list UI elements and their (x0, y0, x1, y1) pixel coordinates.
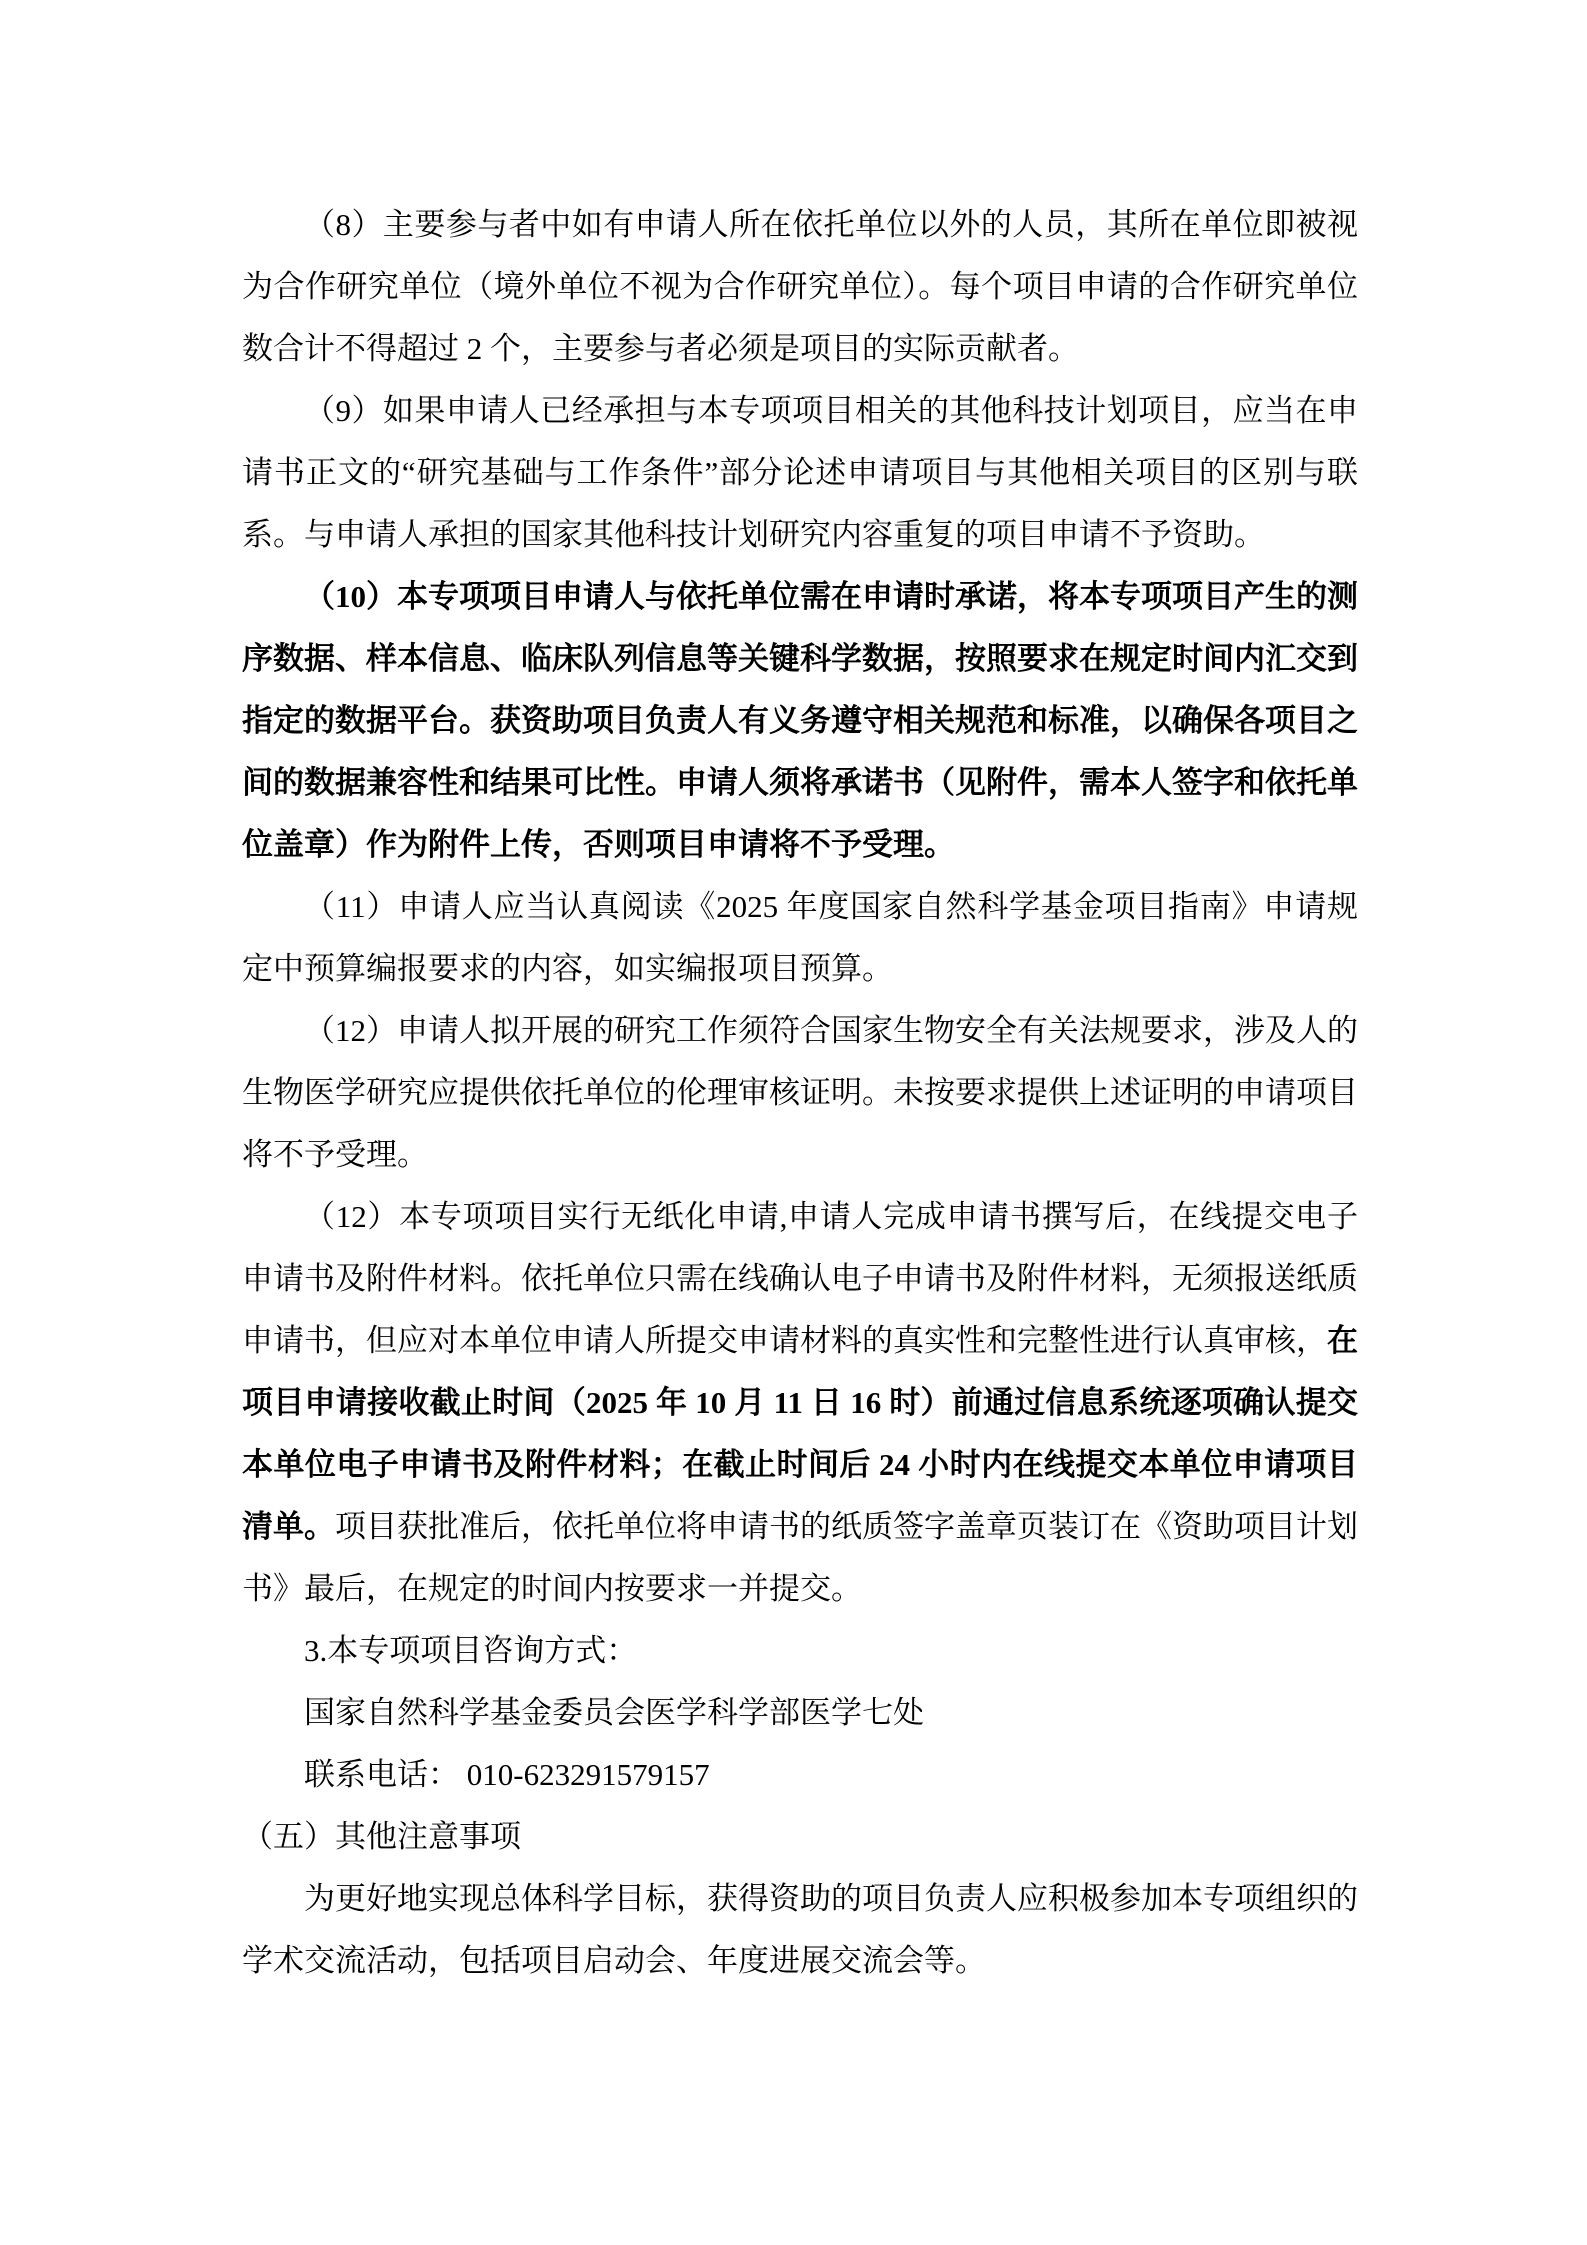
text-segment: 联系电话： 010-623291579157 (304, 1757, 710, 1792)
paragraph: 为更好地实现总体科学目标，获得资助的项目负责人应积极参加本专项组织的学术交流活动… (242, 1868, 1358, 1992)
text-segment: （9）如果申请人已经承担与本专项项目相关的其他科技计划项目，应当在申请书正文的“… (242, 393, 1358, 552)
text-segment: （10）本专项项目申请人与依托单位需在申请时承诺，将本专项项目产生的测序数据、样… (242, 579, 1358, 862)
text-segment: 3.本专项项目咨询方式： (304, 1633, 637, 1668)
paragraph: （11）申请人应当认真阅读《2025 年度国家自然科学基金项目指南》申请规定中预… (242, 876, 1358, 1000)
paragraph: （12）申请人拟开展的研究工作须符合国家生物安全有关法规要求，涉及人的生物医学研… (242, 1000, 1358, 1186)
text-segment: 国家自然科学基金委员会医学科学部医学七处 (304, 1695, 924, 1730)
text-segment: （8）主要参与者中如有申请人所在依托单位以外的人员，其所在单位即被视为合作研究单… (242, 207, 1358, 366)
text-segment: （五）其他注意事项 (242, 1819, 521, 1854)
paragraph: 国家自然科学基金委员会医学科学部医学七处 (242, 1682, 1358, 1744)
paragraph: （9）如果申请人已经承担与本专项项目相关的其他科技计划项目，应当在申请书正文的“… (242, 380, 1358, 566)
document-page: （8）主要参与者中如有申请人所在依托单位以外的人员，其所在单位即被视为合作研究单… (0, 0, 1587, 2245)
document-body: （8）主要参与者中如有申请人所在依托单位以外的人员，其所在单位即被视为合作研究单… (242, 194, 1358, 1992)
paragraph: （五）其他注意事项 (242, 1806, 1358, 1868)
paragraph: （8）主要参与者中如有申请人所在依托单位以外的人员，其所在单位即被视为合作研究单… (242, 194, 1358, 380)
text-segment: （11）申请人应当认真阅读《2025 年度国家自然科学基金项目指南》申请规定中预… (242, 889, 1358, 986)
text-segment: （12）本专项项目实行无纸化申请,申请人完成申请书撰写后，在线提交电子申请书及附… (242, 1199, 1358, 1358)
paragraph: 联系电话： 010-623291579157 (242, 1744, 1358, 1806)
text-segment: 为更好地实现总体科学目标，获得资助的项目负责人应积极参加本专项组织的学术交流活动… (242, 1881, 1358, 1978)
paragraph: （12）本专项项目实行无纸化申请,申请人完成申请书撰写后，在线提交电子申请书及附… (242, 1186, 1358, 1620)
text-segment: （12）申请人拟开展的研究工作须符合国家生物安全有关法规要求，涉及人的生物医学研… (242, 1013, 1358, 1172)
text-segment: 项目获批准后，依托单位将申请书的纸质签字盖章页装订在《资助项目计划书》最后，在规… (242, 1509, 1358, 1606)
paragraph: （10）本专项项目申请人与依托单位需在申请时承诺，将本专项项目产生的测序数据、样… (242, 566, 1358, 876)
paragraph: 3.本专项项目咨询方式： (242, 1620, 1358, 1682)
